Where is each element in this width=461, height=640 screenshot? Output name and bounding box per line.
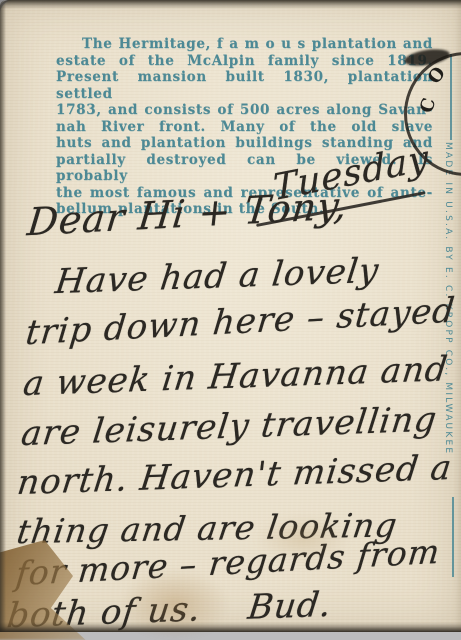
postcard-back: The Hermitage, f a m o u s plantation an… (0, 0, 461, 632)
handwriting-line: Have had a lovely (53, 251, 381, 302)
handwriting-line: a week in Havanna and (21, 349, 450, 404)
card-edge-top (0, 0, 461, 9)
postmark-letter: C (416, 96, 440, 116)
handwriting-line: are leisurely travelling (19, 399, 439, 454)
postmark-letter: O (424, 63, 450, 88)
stain-faint (255, 515, 351, 561)
card-edge-bottom (0, 622, 461, 632)
printed-line: estate of the McAlpin family since 1819. (56, 53, 433, 70)
divider-line-bottom (452, 497, 454, 577)
card-edge-left (0, 0, 6, 632)
printed-line: The Hermitage, f a m o u s plantation an… (56, 36, 433, 53)
handwriting-line: north. Haven't missed a (15, 448, 454, 503)
printed-line: Present mansion built 1830, plantation s… (56, 69, 433, 102)
postcard-scan: The Hermitage, f a m o u s plantation an… (0, 0, 461, 640)
printed-line: nah River front. Many of the old slave (56, 119, 433, 136)
printed-line: 1783, and consists of 500 acres along Sa… (56, 102, 433, 119)
